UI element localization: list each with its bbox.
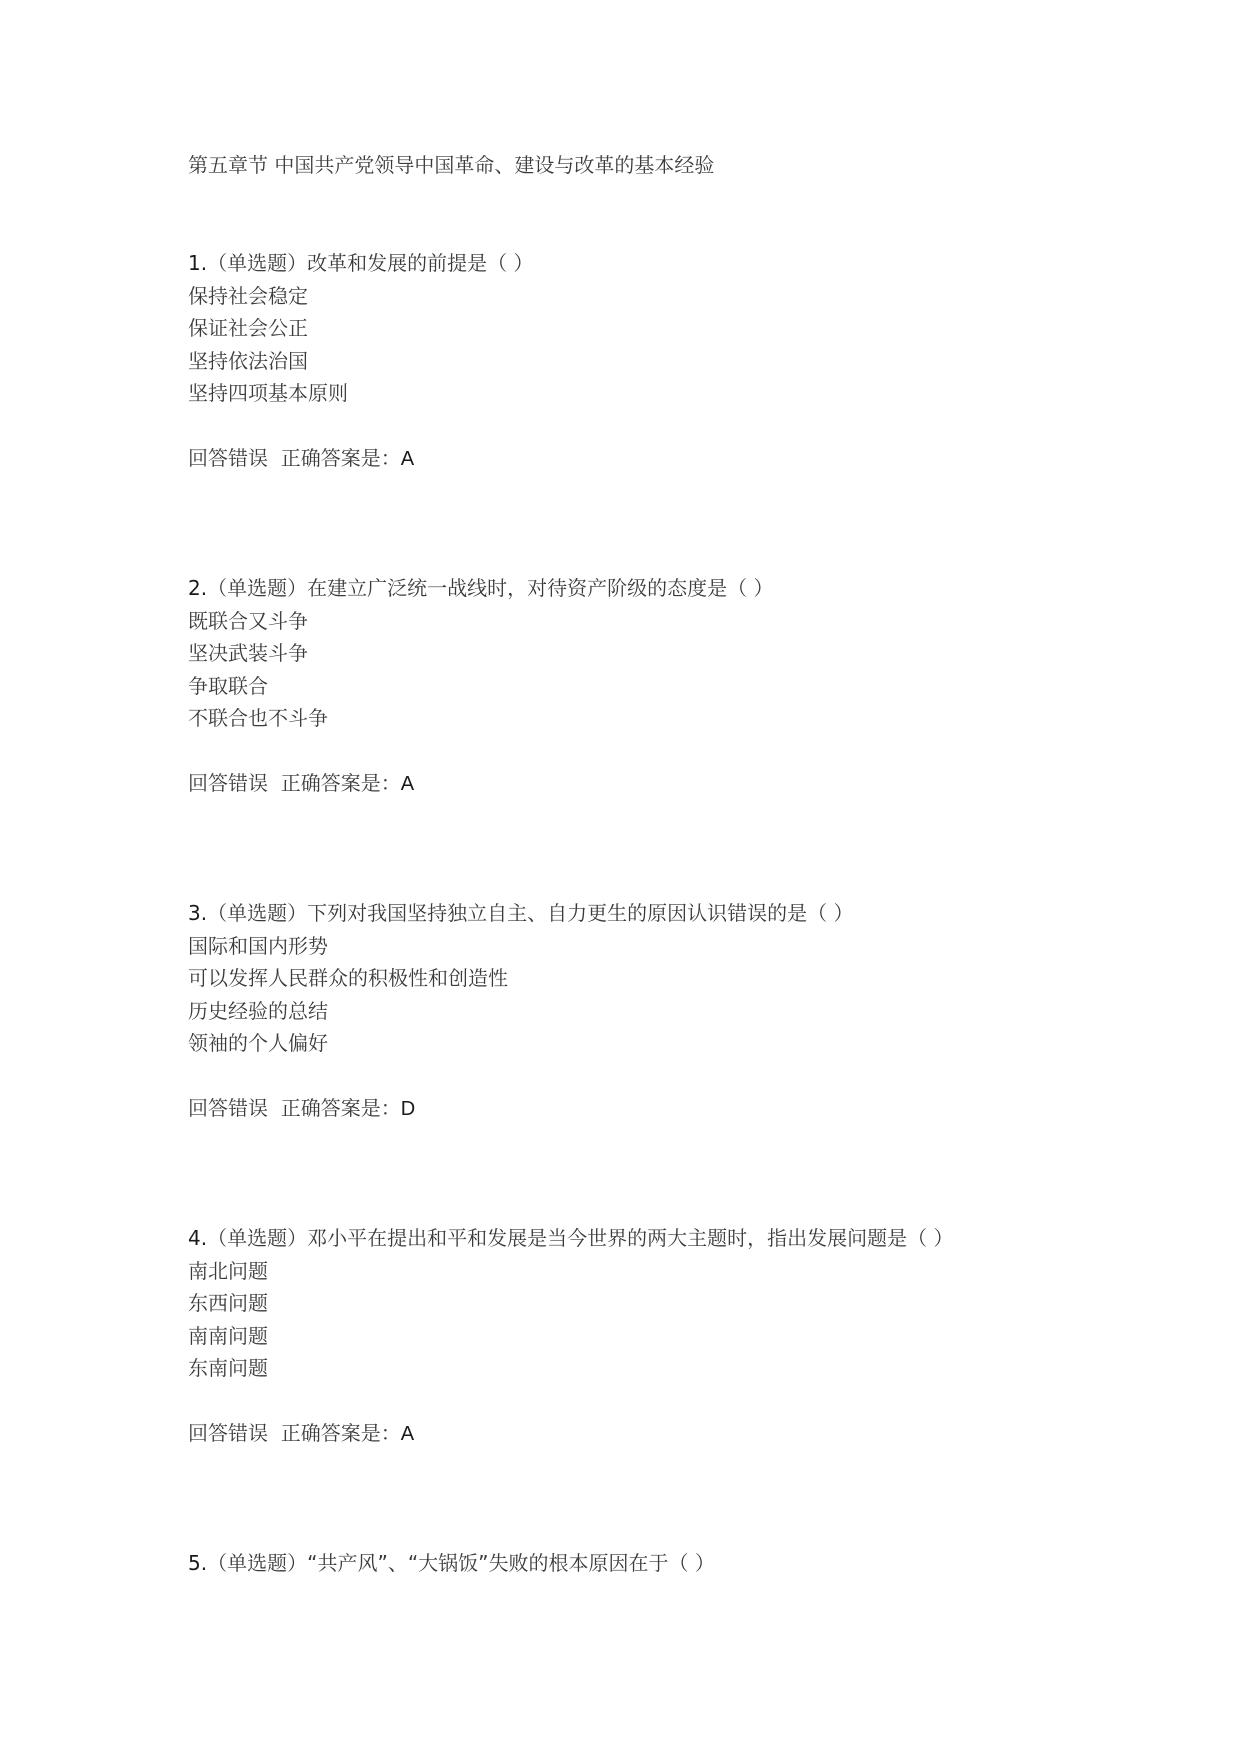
answer-feedback: 回答错误 正确答案是：D [188, 1092, 1188, 1126]
question-stem: 3.（单选题）下列对我国坚持独立自主、自力更生的原因认识错误的是（ ） [188, 897, 1188, 930]
option-b: 保证社会公正 [188, 312, 1188, 345]
question-type: （单选题） [207, 1226, 307, 1250]
answer-feedback: 回答错误 正确答案是：A [188, 442, 1188, 476]
option-c: 南南问题 [188, 1320, 1188, 1353]
result-status: 回答错误 [188, 1421, 268, 1445]
result-status: 回答错误 [188, 771, 268, 795]
result-status: 回答错误 [188, 446, 268, 470]
question-type: （单选题） [207, 576, 307, 600]
option-d: 领袖的个人偏好 [188, 1027, 1188, 1060]
option-b: 东西问题 [188, 1287, 1188, 1320]
question-text: 在建立广泛统一战线时，对待资产阶级的态度是（ ） [307, 576, 773, 600]
correct-answer-label: 正确答案是： [281, 1096, 401, 1120]
correct-answer: D [401, 1098, 415, 1120]
correct-answer-label: 正确答案是： [281, 1421, 401, 1445]
question-number: 3. [188, 901, 207, 925]
question-stem: 2.（单选题）在建立广泛统一战线时，对待资产阶级的态度是（ ） [188, 572, 1188, 605]
question-type: （单选题） [207, 251, 307, 275]
question-stem: 4.（单选题）邓小平在提出和平和发展是当今世界的两大主题时，指出发展问题是（ ） [188, 1222, 1188, 1255]
question-1: 1.（单选题）改革和发展的前提是（ ） 保持社会稳定 保证社会公正 坚持依法治国… [188, 247, 1188, 476]
question-3: 3.（单选题）下列对我国坚持独立自主、自力更生的原因认识错误的是（ ） 国际和国… [188, 897, 1188, 1126]
question-text: 邓小平在提出和平和发展是当今世界的两大主题时，指出发展问题是（ ） [307, 1226, 953, 1250]
correct-answer-label: 正确答案是： [281, 771, 401, 795]
option-a: 国际和国内形势 [188, 930, 1188, 963]
option-c: 坚持依法治国 [188, 345, 1188, 378]
answer-feedback: 回答错误 正确答案是：A [188, 1417, 1188, 1451]
answer-feedback: 回答错误 正确答案是：A [188, 767, 1188, 801]
question-text: 下列对我国坚持独立自主、自力更生的原因认识错误的是（ ） [307, 901, 853, 925]
question-number: 2. [188, 576, 207, 600]
question-stem: 5.（单选题）“共产风”、“大锅饭”失败的根本原因在于（ ） [188, 1547, 1188, 1580]
question-stem: 1.（单选题）改革和发展的前提是（ ） [188, 247, 1188, 280]
question-text: 改革和发展的前提是（ ） [307, 251, 533, 275]
correct-answer: A [401, 448, 414, 470]
document-page: 第五章节 中国共产党领导中国革命、建设与改革的基本经验 1.（单选题）改革和发展… [0, 0, 1241, 1754]
correct-answer-label: 正确答案是： [281, 446, 401, 470]
option-b: 坚决武装斗争 [188, 637, 1188, 670]
option-d: 坚持四项基本原则 [188, 377, 1188, 410]
question-2: 2.（单选题）在建立广泛统一战线时，对待资产阶级的态度是（ ） 既联合又斗争 坚… [188, 572, 1188, 801]
option-c: 历史经验的总结 [188, 995, 1188, 1028]
option-c: 争取联合 [188, 670, 1188, 703]
chapter-title: 第五章节 中国共产党领导中国革命、建设与改革的基本经验 [188, 151, 714, 179]
question-5: 5.（单选题）“共产风”、“大锅饭”失败的根本原因在于（ ） [188, 1547, 1188, 1580]
option-d: 不联合也不斗争 [188, 702, 1188, 735]
question-type: （单选题） [207, 901, 307, 925]
option-a: 保持社会稳定 [188, 280, 1188, 313]
correct-answer: A [401, 773, 414, 795]
option-a: 南北问题 [188, 1255, 1188, 1288]
question-text: “共产风”、“大锅饭”失败的根本原因在于（ ） [307, 1551, 715, 1575]
question-4: 4.（单选题）邓小平在提出和平和发展是当今世界的两大主题时，指出发展问题是（ ）… [188, 1222, 1188, 1451]
option-d: 东南问题 [188, 1352, 1188, 1385]
correct-answer: A [401, 1423, 414, 1445]
question-number: 4. [188, 1226, 207, 1250]
question-number: 5. [188, 1551, 207, 1575]
question-number: 1. [188, 251, 207, 275]
question-type: （单选题） [207, 1551, 307, 1575]
option-b: 可以发挥人民群众的积极性和创造性 [188, 962, 1188, 995]
option-a: 既联合又斗争 [188, 605, 1188, 638]
result-status: 回答错误 [188, 1096, 268, 1120]
